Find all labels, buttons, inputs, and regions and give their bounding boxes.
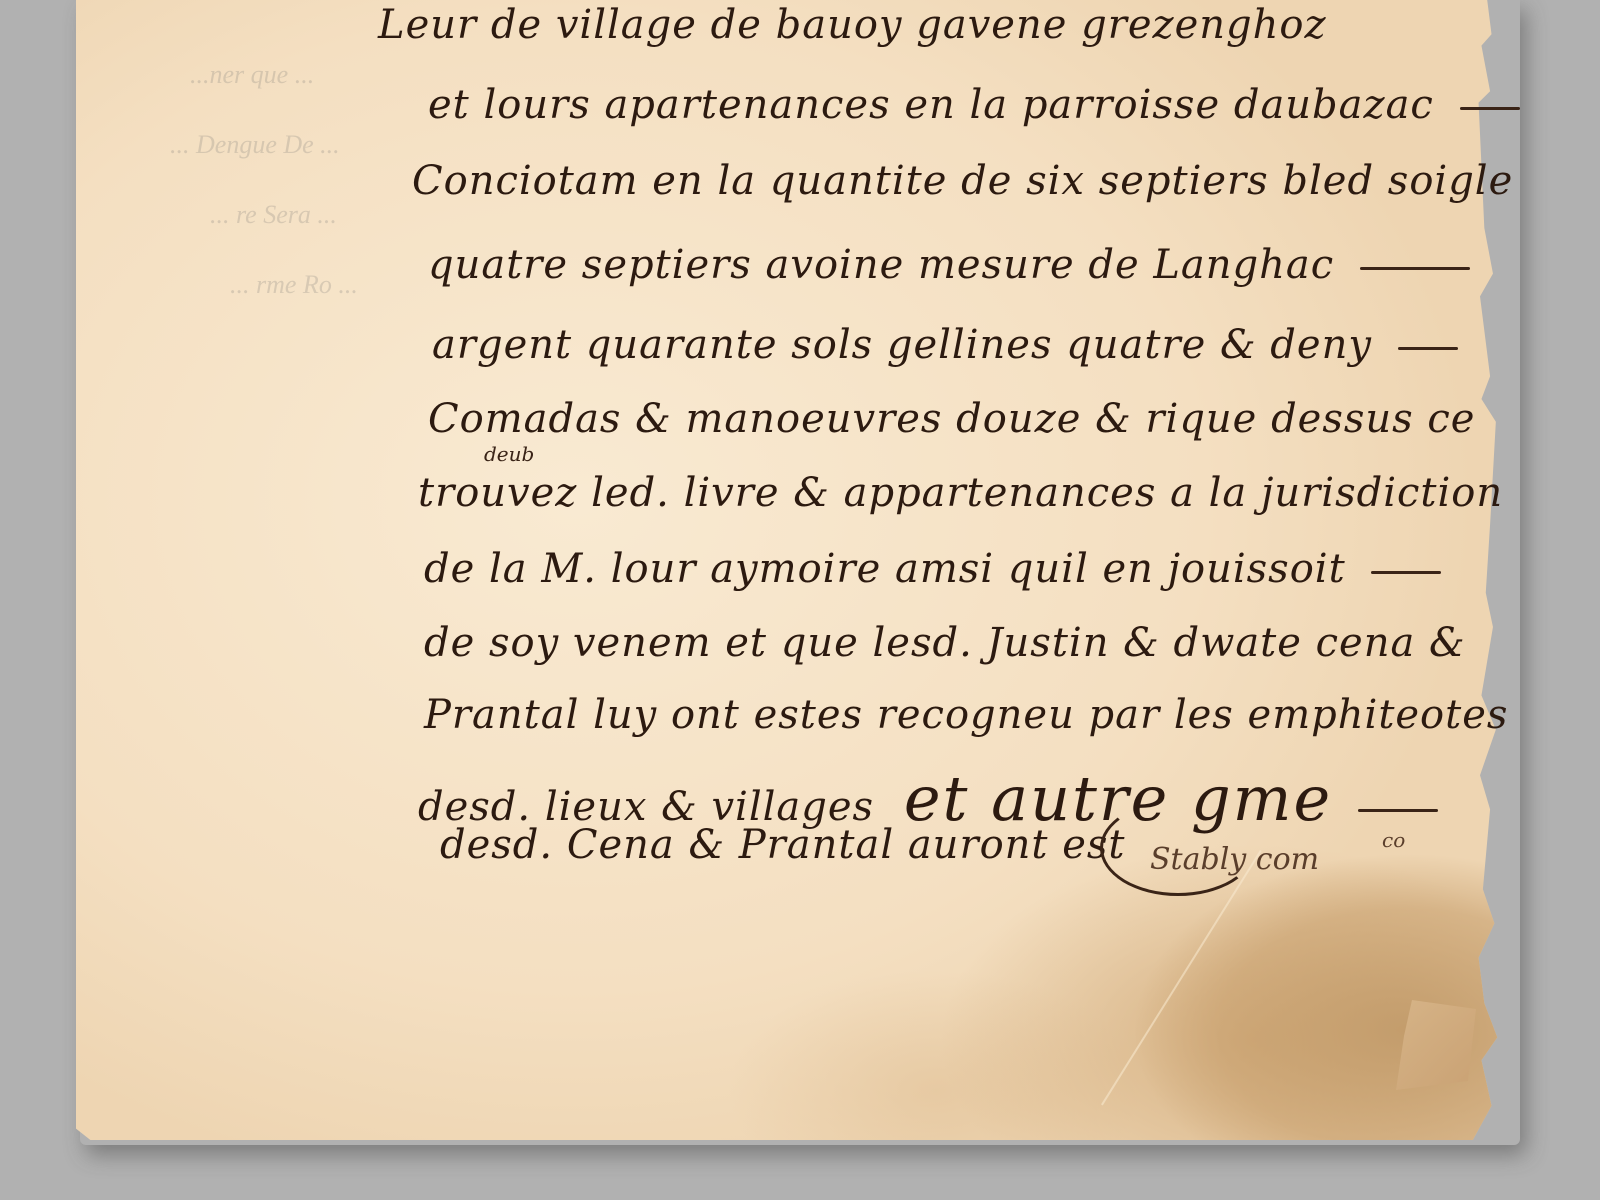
line-text: Leur de village de bauoy gavene grezengh… xyxy=(378,2,1327,48)
manuscript-line-9: de soy venem et que lesd. Justin & dwate… xyxy=(424,620,1466,666)
manuscript-line-2: et lours apartenances en la parroisse da… xyxy=(428,82,1520,128)
line-text: et lours apartenances en la parroisse da… xyxy=(428,82,1434,128)
signature-superscript: co xyxy=(1382,828,1405,852)
line-text: de soy venem et que lesd. Justin & dwate… xyxy=(424,620,1466,666)
manuscript-text: Leur de village de bauoy gavene grezengh… xyxy=(0,0,1600,1200)
line-filler-stroke xyxy=(1371,571,1441,574)
line-text: quatre septiers avoine mesure de Langhac xyxy=(428,242,1334,288)
line-text: Comadas & manoeuvres douze & rique dessu… xyxy=(428,396,1475,442)
manuscript-line-5: argent quarante sols gellines quatre & d… xyxy=(432,322,1458,368)
manuscript-line-6: Comadas & manoeuvres douze & rique dessu… xyxy=(428,396,1475,442)
manuscript-line-10: Prantal luy ont estes recogneu par les e… xyxy=(424,692,1508,738)
line-filler-stroke xyxy=(1460,107,1520,110)
manuscript-line-3: Conciotam en la quantite de six septiers… xyxy=(412,158,1513,204)
line-filler-stroke xyxy=(1398,347,1458,350)
manuscript-line-7: trouvez led. livre & appartenances a la … xyxy=(418,470,1503,516)
line-text: Conciotam en la quantite de six septiers… xyxy=(412,158,1513,204)
line-text: trouvez led. livre & appartenances a la … xyxy=(418,470,1503,516)
line-text: de la M. lour aymoire amsi quil en jouis… xyxy=(424,546,1346,592)
manuscript-line-12: desd. Cena & Prantal auront est xyxy=(440,822,1125,868)
signature: Stably com xyxy=(1150,842,1319,877)
manuscript-line-8: de la M. lour aymoire amsi quil en jouis… xyxy=(424,546,1441,592)
line-text: Prantal luy ont estes recogneu par les e… xyxy=(424,692,1508,738)
line-text: argent quarante sols gellines quatre & d… xyxy=(432,322,1372,368)
interlinear-note: deub xyxy=(484,442,534,466)
line-filler-stroke xyxy=(1358,809,1438,812)
manuscript-line-4: quatre septiers avoine mesure de Langhac xyxy=(428,242,1470,288)
photo-background: ...ner que ... ... Dengue De ... ... re … xyxy=(0,0,1600,1200)
manuscript-line-1: Leur de village de bauoy gavene grezengh… xyxy=(378,2,1327,48)
line-filler-stroke xyxy=(1360,267,1470,270)
line-text: desd. Cena & Prantal auront est xyxy=(440,822,1125,868)
